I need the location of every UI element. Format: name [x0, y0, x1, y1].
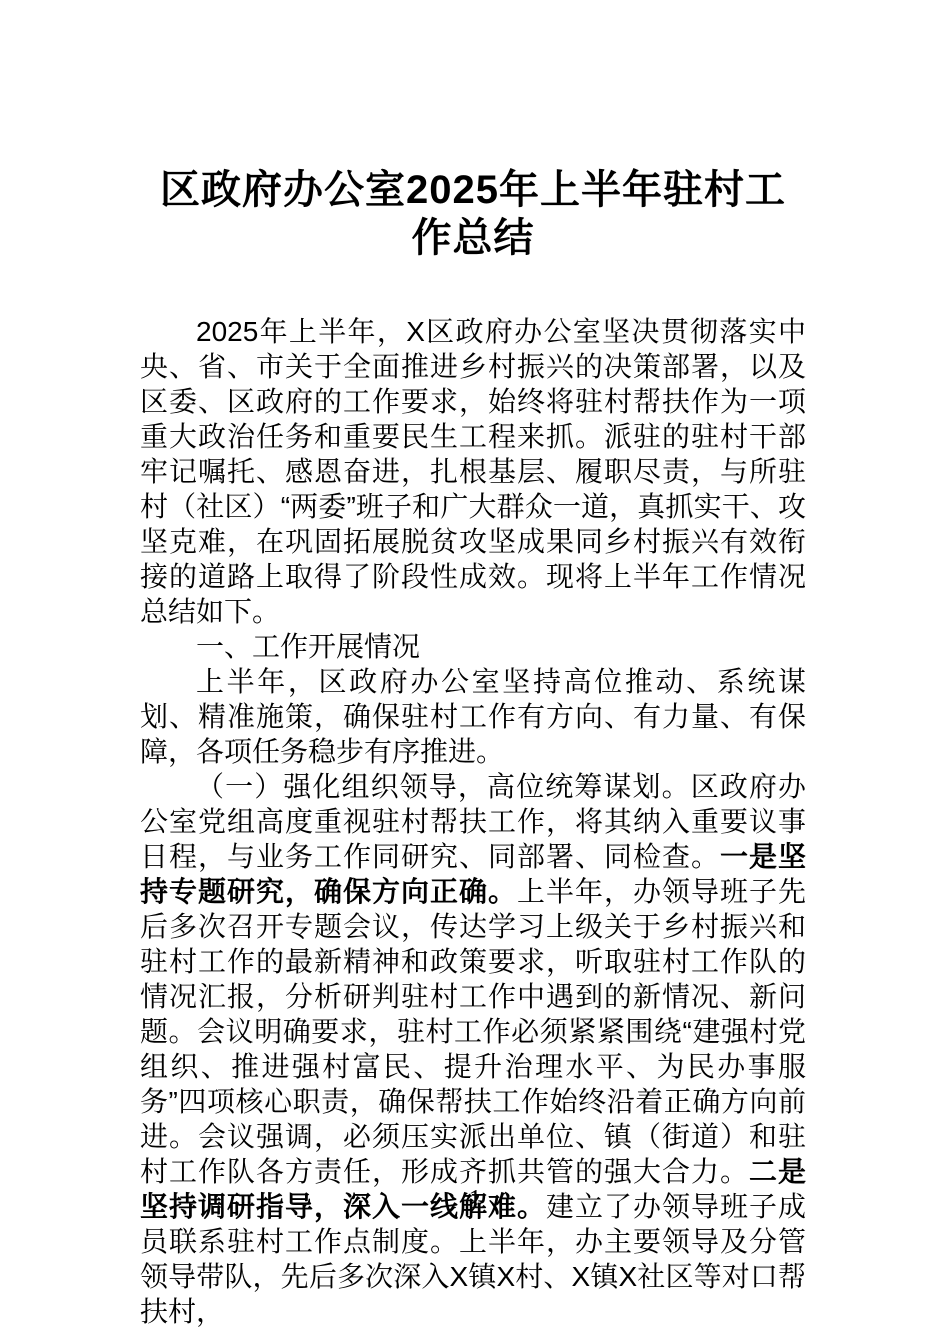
paragraph: （一）强化组织领导，高位统筹谋划。区政府办公室党组高度重视驻村帮扶工作，将其纳入…: [140, 769, 806, 1329]
paragraph: 2025年上半年，X区政府办公室坚决贯彻落实中央、省、市关于全面推进乡村振兴的决…: [140, 314, 806, 629]
document-page: 区政府办公室2025年上半年驻村工作总结 2025年上半年，X区政府办公室坚决贯…: [0, 0, 950, 1344]
document-content: 区政府办公室2025年上半年驻村工作总结 2025年上半年，X区政府办公室坚决贯…: [140, 0, 806, 1329]
section-heading: 一、工作开展情况: [140, 629, 806, 664]
paragraph: 上半年，区政府办公室坚持高位推动、系统谋划、精准施策，确保驻村工作有方向、有力量…: [140, 664, 806, 769]
text-run: 一、工作开展情况: [196, 631, 420, 662]
document-title: 区政府办公室2025年上半年驻村工作总结: [140, 0, 806, 262]
text-run: 上半年，办领导班子先后多次召开专题会议，传达学习上级关于乡村振兴和驻村工作的最新…: [140, 876, 806, 1187]
text-run: （一）强化组织领导，高位统筹谋划。区政府办公室党组高度重视驻村帮扶工作，将其纳入…: [140, 771, 806, 872]
text-run: 上半年，区政府办公室坚持高位推动、系统谋划、精准施策，确保驻村工作有方向、有力量…: [140, 666, 806, 767]
page-number: 1: [0, 1183, 950, 1215]
text-run: 2025年上半年，X区政府办公室坚决贯彻落实中央、省、市关于全面推进乡村振兴的决…: [140, 316, 806, 627]
document-body: 2025年上半年，X区政府办公室坚决贯彻落实中央、省、市关于全面推进乡村振兴的决…: [140, 314, 806, 1329]
